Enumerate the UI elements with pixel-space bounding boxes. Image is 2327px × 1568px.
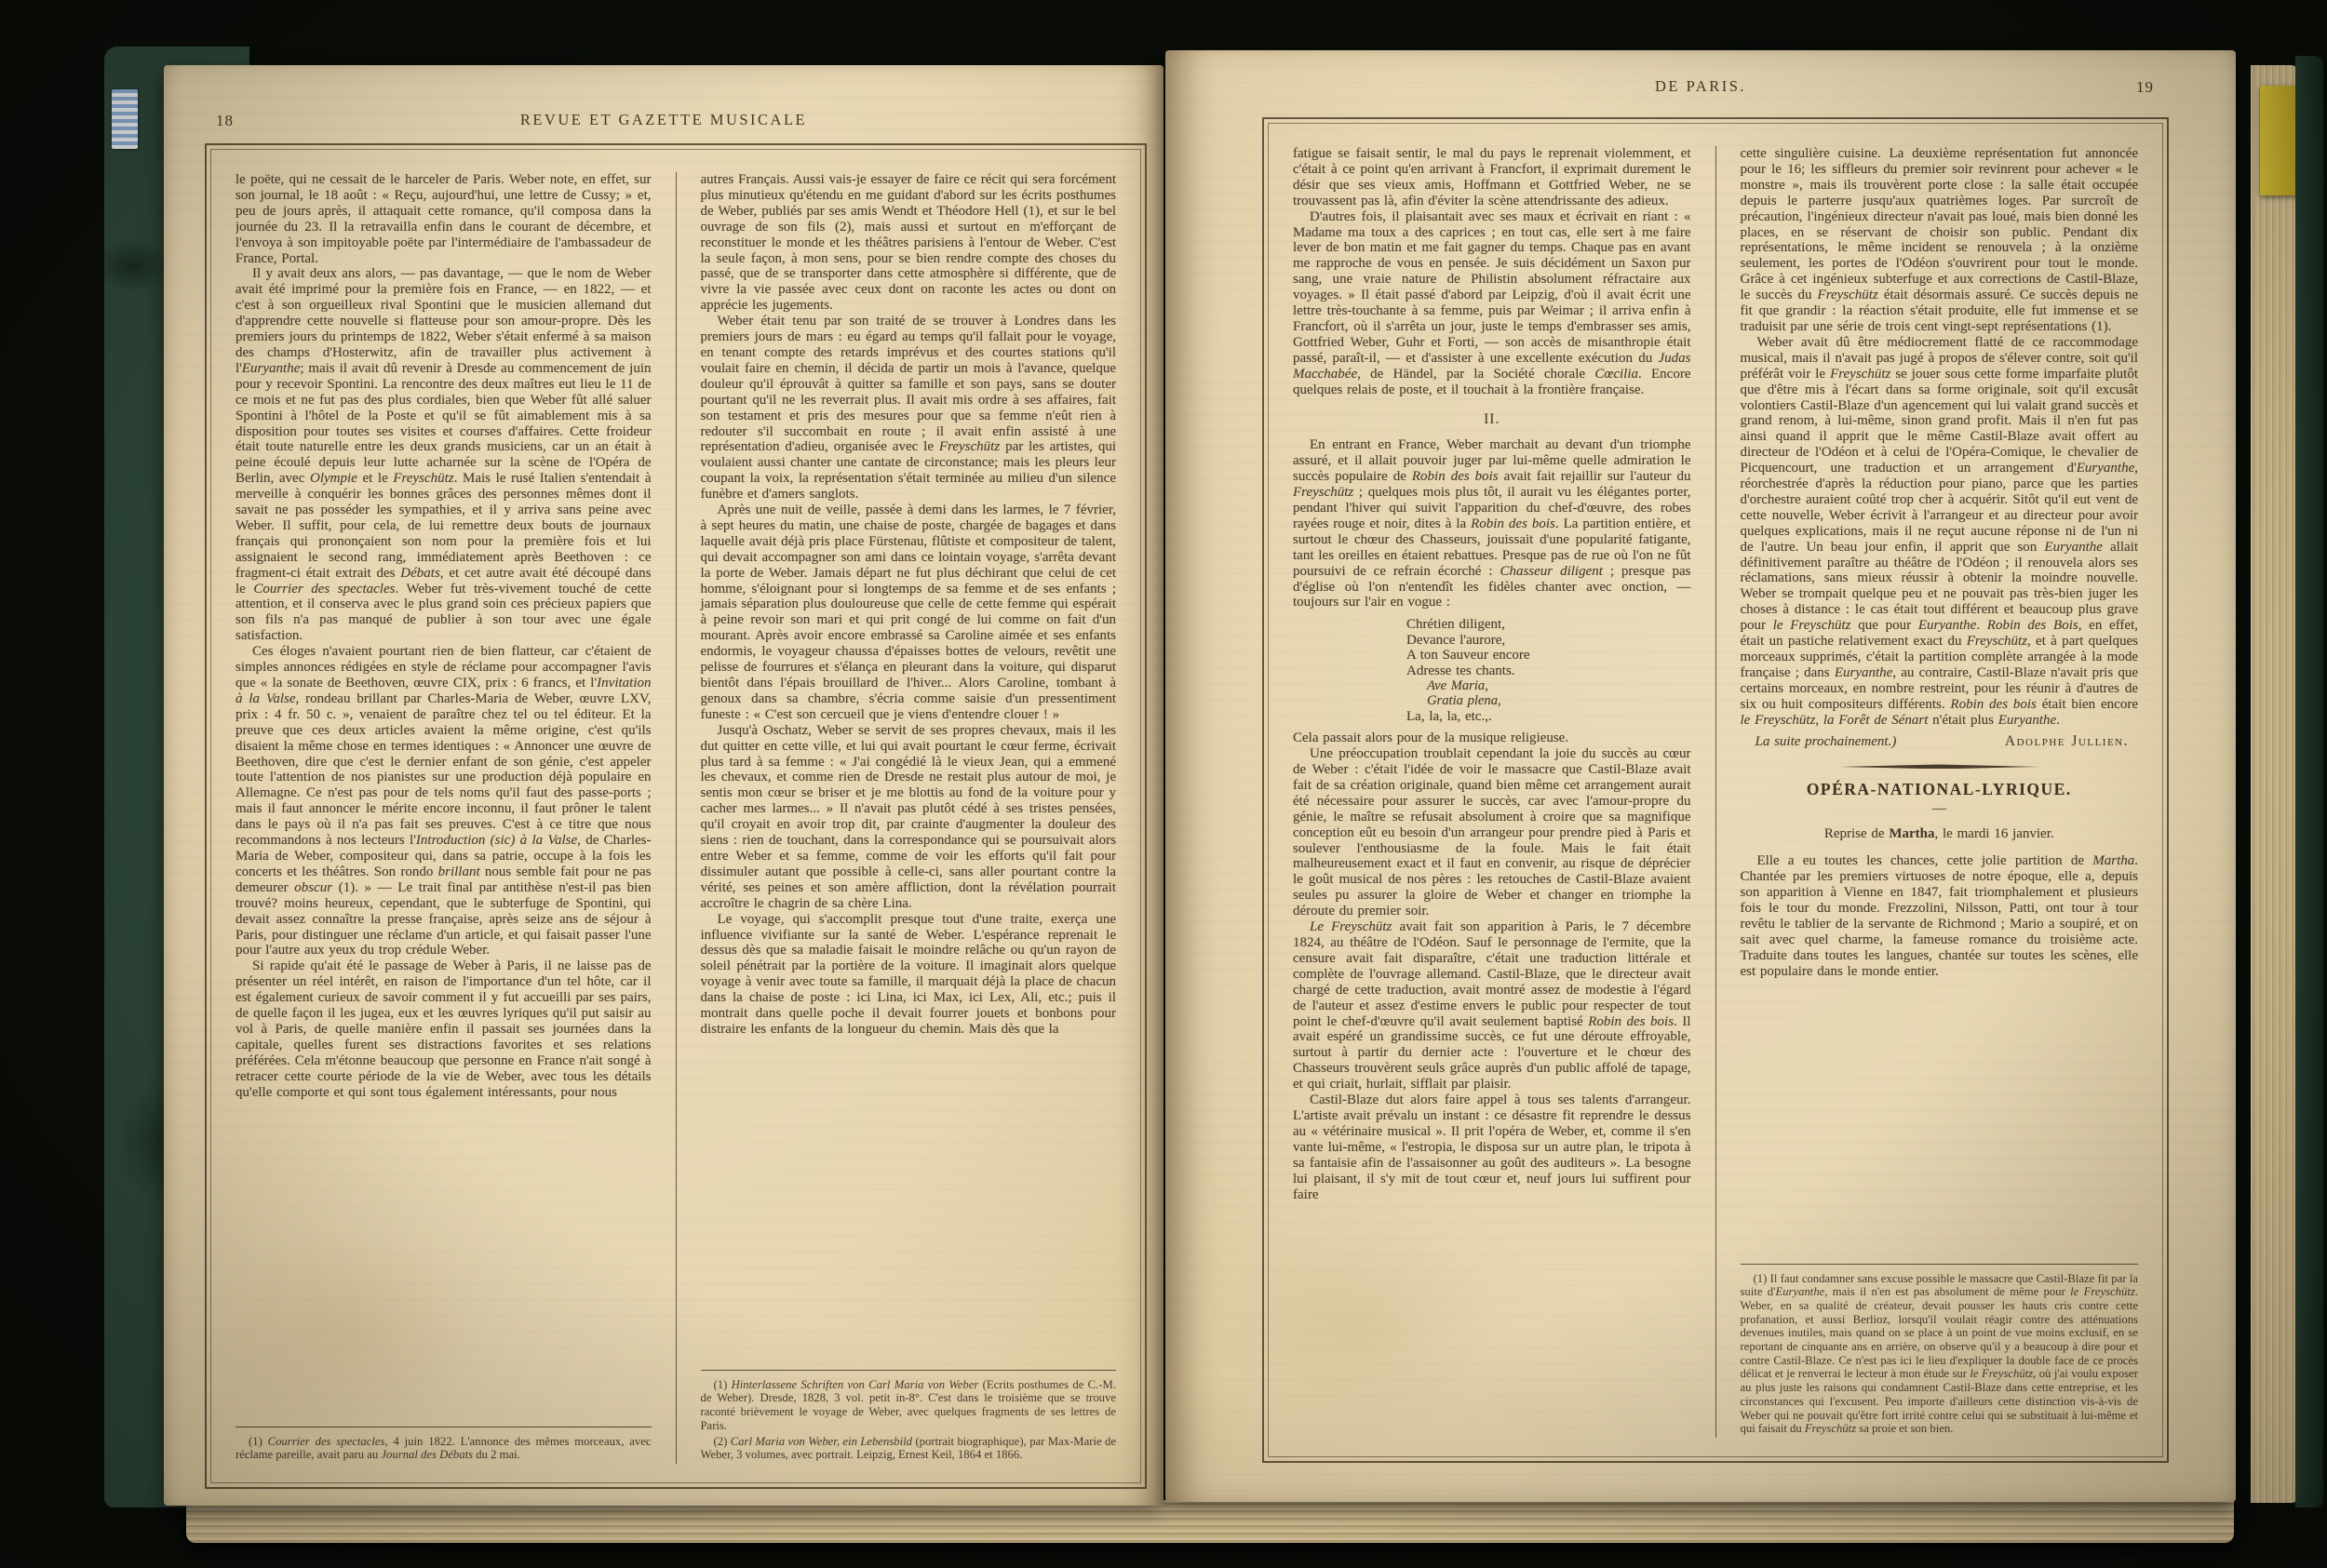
paragraph: Si rapide qu'ait été le passage de Weber… xyxy=(235,958,652,1100)
column-left-1: le poëte, qui ne cessait de le harceler … xyxy=(235,172,676,1464)
column-left-2: autres Français. Aussi vais-je essayer d… xyxy=(676,172,1117,1464)
paragraph: Weber était tenu par son traité de se tr… xyxy=(701,314,1117,503)
page-frame: le poëte, qui ne cessait de le harceler … xyxy=(205,143,1147,1489)
paragraph: Cela passait alors pour de la musique re… xyxy=(1293,730,1691,746)
page-frame-inner: le poëte, qui ne cessait de le harceler … xyxy=(210,149,1141,1483)
footnote: (2) Carl Maria von Weber, ein Lebensbild… xyxy=(701,1435,1117,1462)
column-footnotes: (1) Hinterlassene Schriften von Carl Mar… xyxy=(701,1370,1117,1464)
page-edges-bottom xyxy=(186,1500,2234,1543)
paragraph: En entrant en France, Weber marchait au … xyxy=(1293,437,1691,610)
paragraph: le poëte, qui ne cessait de le harceler … xyxy=(235,172,652,266)
column-right-2: cette singulière cuisine. La deuxième re… xyxy=(1715,146,2139,1438)
running-title-right: DE PARIS. xyxy=(1165,77,2236,96)
verse-block: Chrétien diligent,Devance l'aurore,A ton… xyxy=(1406,617,1691,724)
footnote: (1) Il faut condamner sans excuse possib… xyxy=(1741,1272,2139,1436)
verse-line: Gratia plena, xyxy=(1406,693,1691,708)
paragraph: Une préoccupation troublait cependant la… xyxy=(1293,746,1691,919)
running-title-left: REVUE ET GAZETTE MUSICALE xyxy=(164,111,1163,129)
verse-line: Chrétien diligent, xyxy=(1406,617,1691,632)
page-left: 18 REVUE ET GAZETTE MUSICALE le poëte, q… xyxy=(164,65,1163,1506)
page-frame: fatigue se faisait sentir, le mal du pay… xyxy=(1262,117,2169,1463)
paragraph: Ces éloges n'avaient pourtant rien de bi… xyxy=(235,644,652,958)
column-text: le poëte, qui ne cessait de le harceler … xyxy=(235,172,652,1100)
verse-line: Adresse tes chants. xyxy=(1406,663,1691,678)
column-footnotes: (1) Il faut condamner sans excuse possib… xyxy=(1741,1264,2139,1438)
page-frame-inner: fatigue se faisait sentir, le mal du pay… xyxy=(1268,123,2163,1457)
paragraph: Jusqu'à Oschatz, Weber se servit de ses … xyxy=(701,723,1117,912)
section-title: OPÉRA-NATIONAL-LYRIQUE. xyxy=(1741,782,2139,797)
author-name: Adolphe Jullien. xyxy=(2005,734,2129,750)
paragraph: Après une nuit de veille, passée à demi … xyxy=(701,503,1117,723)
verse-line: A ton Sauveur encore xyxy=(1406,648,1691,663)
book-cover-right xyxy=(2295,56,2323,1508)
verse-line: Devance l'aurore, xyxy=(1406,633,1691,648)
verse-line: La, la, la, etc.,. xyxy=(1406,709,1691,724)
footnote: (1) Hinterlassene Schriften von Carl Mar… xyxy=(701,1378,1117,1433)
paragraph: Il y avait deux ans alors, — pas davanta… xyxy=(235,266,652,644)
column-right-1: fatigue se faisait sentir, le mal du pay… xyxy=(1293,146,1715,1438)
column-text: fatigue se faisait sentir, le mal du pay… xyxy=(1293,146,1691,1202)
paragraph: Le voyage, qui s'accomplit presque tout … xyxy=(701,912,1117,1038)
paragraph: Elle a eu toutes les chances, cette joli… xyxy=(1741,853,2139,979)
section-subtitle: Reprise de Martha, le mardi 16 janvier. xyxy=(1741,826,2139,842)
column-text: cette singulière cuisine. La deuxième re… xyxy=(1741,146,2139,979)
scanned-journal-spread: 18 REVUE ET GAZETTE MUSICALE le poëte, q… xyxy=(0,0,2327,1568)
paragraph: fatigue se faisait sentir, le mal du pay… xyxy=(1293,146,1691,209)
page-right: 19 DE PARIS. fatigue se faisait sentir, … xyxy=(1165,50,2236,1502)
page-edges-right xyxy=(2251,65,2297,1503)
paragraph: Le Freyschütz avait fait son apparition … xyxy=(1293,919,1691,1092)
column-text: autres Français. Aussi vais-je essayer d… xyxy=(701,172,1117,1038)
to-be-continued-note: La suite prochainement.) xyxy=(1755,734,1897,750)
paragraph: autres Français. Aussi vais-je essayer d… xyxy=(701,172,1117,314)
spine-sticker xyxy=(112,89,138,149)
paragraph: cette singulière cuisine. La deuxième re… xyxy=(1741,146,2139,335)
column-footnotes: (1) Courrier des spectacles, 4 juin 1822… xyxy=(235,1427,652,1464)
subtitle-dash: — xyxy=(1741,801,2139,817)
section-number-heading: II. xyxy=(1293,412,1691,428)
article-signature: La suite prochainement.)Adolphe Jullien. xyxy=(1741,734,2139,750)
section-divider xyxy=(1839,764,2039,769)
paragraph: Castil-Blaze dut alors faire appel à tou… xyxy=(1293,1092,1691,1202)
verse-line: Ave Maria, xyxy=(1406,678,1691,693)
footnote: (1) Courrier des spectacles, 4 juin 1822… xyxy=(235,1435,652,1462)
paragraph: Weber avait dû être médiocrement flatté … xyxy=(1741,335,2139,729)
paragraph: D'autres fois, il plaisantait avec ses m… xyxy=(1293,209,1691,398)
